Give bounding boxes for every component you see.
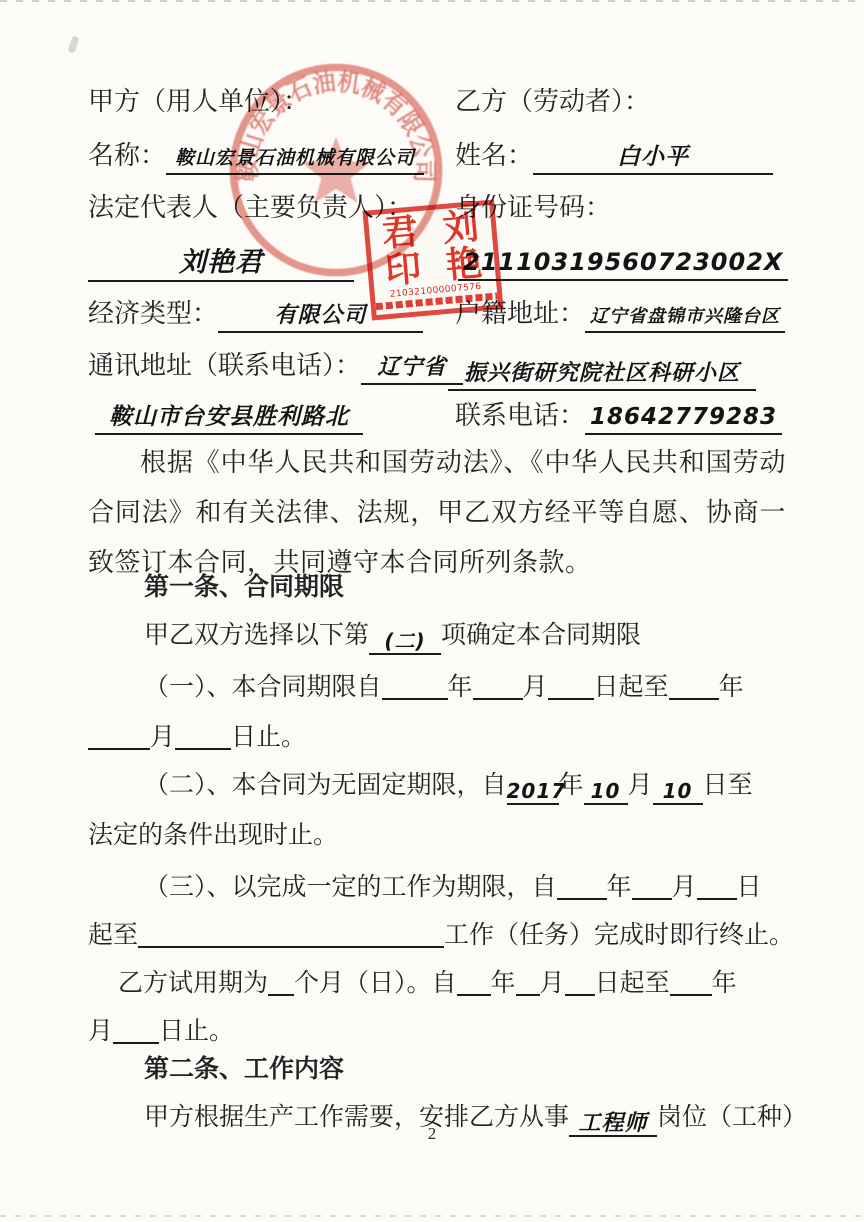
trial-year-blank xyxy=(457,966,491,996)
unit-year: 年 xyxy=(559,772,584,799)
trial-day-blank xyxy=(565,966,595,996)
phone-row: 联系电话：18642779283 xyxy=(455,400,782,435)
clause2-title: 第二条、工作内容 xyxy=(144,1054,344,1085)
item3-pre-text: （三）、以完成一定的工作为期限，自 xyxy=(144,874,557,901)
trial-month-blank xyxy=(516,966,540,996)
mailing-address-label: 通讯地址（联系电话）： xyxy=(88,351,361,380)
select-post-text: 项确定本合同期限 xyxy=(441,622,641,649)
preamble-paragraph: 根据《中华人民共和国劳动法》、《中华人民共和国劳动合同法》和有关法律、法规，甲乙… xyxy=(88,438,786,588)
handwritten-economic-type: 有限公司 xyxy=(275,303,367,328)
unit-month: 月 xyxy=(150,724,175,751)
party-a-name-label: 名称： xyxy=(88,141,166,170)
party-b-name-label: 姓名： xyxy=(455,141,533,170)
clause1-trial-line2: 月日止。 xyxy=(88,1014,234,1047)
handwritten-month-10: 10 xyxy=(591,779,621,803)
item1-day2-blank xyxy=(175,720,231,750)
clause1-item3-line1: （三）、以完成一定的工作为期限，自年月日 xyxy=(144,870,762,903)
scan-edge-bottom xyxy=(0,1215,864,1217)
phone-label: 联系电话： xyxy=(455,401,585,430)
unit-year: 年 xyxy=(448,674,473,701)
household-address-row2: 振兴街研究院社区科研小区 xyxy=(448,356,756,391)
clause1-select-line: 甲乙双方选择以下第(二)项确定本合同期限 xyxy=(144,620,641,655)
item3-cont-post-text: 工作（任务）完成时即行终止。 xyxy=(444,922,794,949)
party-b-name-row: 姓名：白小平 xyxy=(455,140,773,175)
clause1-item1-line2: 月日止。 xyxy=(88,720,306,753)
contract-page: 甲方（用人单位）： 乙方（劳动者）： 名称：鞍山宏景石油机械有限公司 姓名：白小… xyxy=(0,0,864,1222)
unit-day: 日 xyxy=(737,874,762,901)
select-pre-text: 甲乙双方选择以下第 xyxy=(144,622,369,649)
unit-month: 月 xyxy=(672,874,697,901)
seal-characters: 君 刘 印 艳 xyxy=(368,205,496,291)
unit-month: 月 xyxy=(628,772,653,799)
household-address-row: 户籍地址：辽宁省盘锦市兴隆台区 xyxy=(455,298,785,333)
seal-char-top-left: 君 xyxy=(368,212,432,254)
scan-smudge xyxy=(68,35,80,53)
party-b-heading: 乙方（劳动者）： xyxy=(455,86,650,119)
item2-month-blank: 10 xyxy=(584,775,628,805)
term-option-blank: (二) xyxy=(369,625,441,655)
handwritten-mailing-line2: 鞍山市台安县胜利路北 xyxy=(109,404,349,430)
household-address-field-line2: 振兴街研究院社区科研小区 xyxy=(448,356,756,391)
economic-type-label: 经济类型： xyxy=(88,299,218,328)
unit-year: 年 xyxy=(712,970,737,997)
unit-day-end: 日止。 xyxy=(231,724,306,751)
handwritten-phone: 18642779283 xyxy=(590,404,777,430)
seal-char-bottom-left: 印 xyxy=(371,249,435,291)
trial-year2-blank xyxy=(670,966,712,996)
handwritten-household-line1: 辽宁省盘锦市兴隆台区 xyxy=(590,306,780,327)
item3-task-blank xyxy=(138,918,444,948)
item1-year2-blank xyxy=(669,670,719,700)
handwritten-term-option: (二) xyxy=(384,629,425,653)
trial-cont-pre-text: 月 xyxy=(88,1018,113,1045)
item1-month-blank xyxy=(473,670,523,700)
seal-char-top-right: 刘 xyxy=(429,207,493,249)
item1-day-blank xyxy=(548,670,594,700)
mailing-address-row: 通讯地址（联系电话）：辽宁省 xyxy=(88,350,463,385)
clause1-title: 第一条、合同期限 xyxy=(144,572,344,603)
clause1-item3-line2: 起至工作（任务）完成时即行终止。 xyxy=(88,918,794,951)
item2-pre-text: （二）、本合同为无固定期限，自 xyxy=(144,772,507,799)
trial-mid-text: 个月（日）。自 xyxy=(294,970,457,997)
id-number-row: 21110319560723002X xyxy=(458,246,788,281)
id-number-field: 21110319560723002X xyxy=(458,246,788,281)
clause1-trial-line1: 乙方试用期为个月（日）。自年月日起至年 xyxy=(118,966,737,999)
handwritten-household-line2: 振兴街研究院社区科研小区 xyxy=(464,361,740,386)
unit-year: 年 xyxy=(607,874,632,901)
item3-day-blank xyxy=(697,870,737,900)
scan-edge-top xyxy=(0,0,864,2)
unit-month: 月 xyxy=(540,970,565,997)
unit-year: 年 xyxy=(719,674,744,701)
handwritten-mailing-line1: 辽宁省 xyxy=(378,355,447,380)
legal-rep-name-seal: 君 刘 印 艳 210321000007576 xyxy=(362,199,503,320)
mailing-address-field-line2: 鞍山市台安县胜利路北 xyxy=(95,400,363,435)
clause1-item2-line2: 法定的条件出现时止。 xyxy=(88,820,338,851)
handwritten-year-2017: 2017 xyxy=(507,779,567,803)
unit-day-to: 日起至 xyxy=(595,970,670,997)
clause1-item2-line1: （二）、本合同为无固定期限，自2017年10月10日至 xyxy=(144,770,753,805)
handwritten-day-10: 10 xyxy=(663,779,693,803)
unit-month: 月 xyxy=(523,674,548,701)
item3-month-blank xyxy=(632,870,672,900)
item3-cont-pre-text: 起至 xyxy=(88,922,138,949)
seal-char-bottom-right: 艳 xyxy=(432,244,496,286)
item3-year-blank xyxy=(557,870,607,900)
item1-pre-text: （一）、本合同期限自 xyxy=(144,674,382,701)
trial-day2-blank xyxy=(113,1014,159,1044)
unit-day-to: 日起至 xyxy=(594,674,669,701)
unit-day-end: 日止。 xyxy=(159,1018,234,1045)
item1-year-blank xyxy=(382,670,448,700)
household-address-field: 辽宁省盘锦市兴隆台区 xyxy=(585,298,785,333)
clause1-item1-line1: （一）、本合同期限自年月日起至年 xyxy=(144,670,744,703)
item1-month2-blank xyxy=(88,720,150,750)
trial-pre-text: 乙方试用期为 xyxy=(118,970,268,997)
trial-months-blank xyxy=(268,966,294,996)
item2-year-blank: 2017 xyxy=(507,775,559,805)
mailing-address-row2: 鞍山市台安县胜利路北 xyxy=(95,400,363,435)
handwritten-worker-name: 白小平 xyxy=(617,144,689,170)
item2-end-text: 日至 xyxy=(703,772,753,799)
phone-field: 18642779283 xyxy=(585,400,782,435)
unit-year: 年 xyxy=(491,970,516,997)
seal-star-icon xyxy=(301,137,370,203)
party-b-name-field: 白小平 xyxy=(533,140,773,175)
item2-day-blank: 10 xyxy=(653,775,703,805)
page-number: 2 xyxy=(0,1124,864,1144)
handwritten-id-number: 21110319560723002X xyxy=(463,248,783,276)
